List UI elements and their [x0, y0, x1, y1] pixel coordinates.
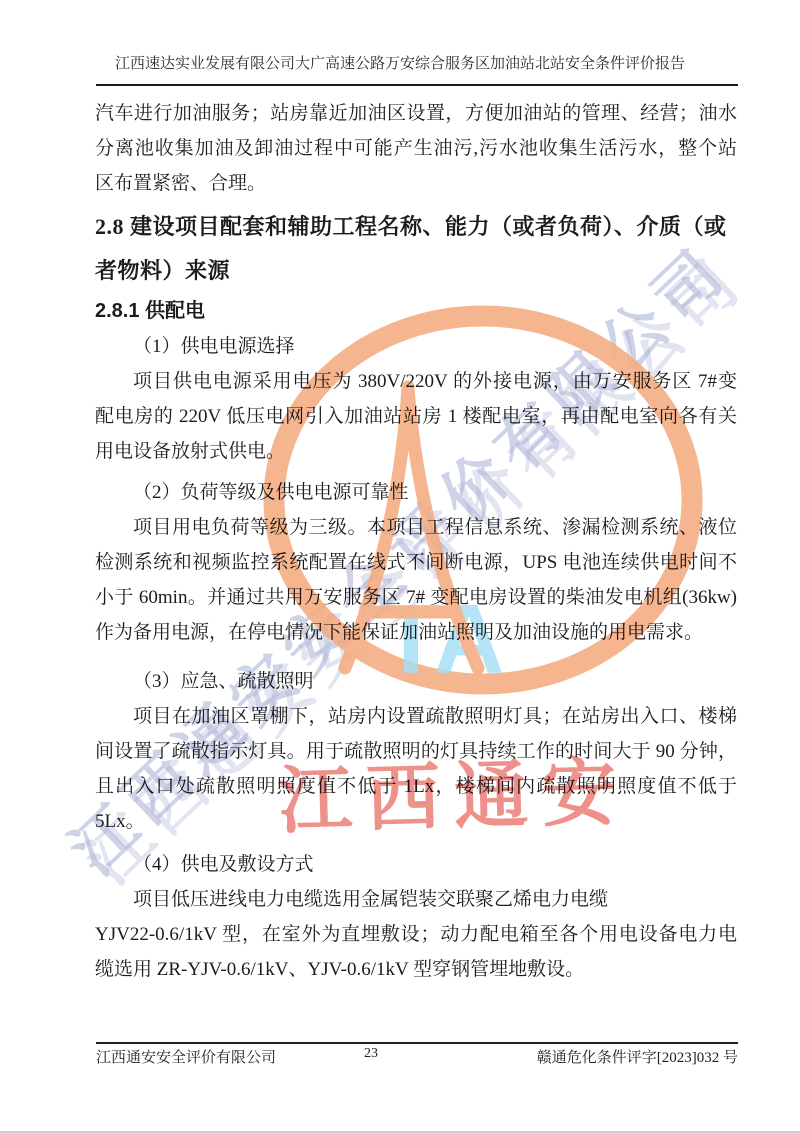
text-line: （3）应急、疏散照明: [95, 664, 737, 699]
text-line: 作为备用电源，在停电情况下能保证加油站照明及加油设施的用电需求。: [95, 615, 737, 650]
page-header-title: 江西速达实业发展有限公司大广高速公路万安综合服务区加油站北站安全条件评价报告: [60, 52, 740, 73]
text-line: 小于 60min。并通过共用万安服务区 7# 变配电房设置的柴油发电机组(36k…: [95, 580, 737, 615]
footer-rule: [96, 1042, 738, 1044]
text-line: 汽车进行加油服务；站房靠近加油区设置，方便加油站的管理、经营；油水: [95, 96, 737, 131]
text-line: 项目用电负荷等级为三级。本项目工程信息系统、渗漏检测系统、液位: [95, 510, 737, 545]
footer-page-number: 23: [364, 1046, 378, 1062]
text-line: YJV22-0.6/1kV 型，在室外为直埋敷设；动力配电箱至各个用电设备电力电: [95, 917, 737, 952]
text-line: 检测系统和视频监控系统配置在线式不间断电源，UPS 电池连续供电时间不: [95, 545, 737, 580]
text-line: 项目低压进线电力电缆选用金属铠装交联聚乙烯电力电缆: [95, 882, 737, 917]
content-area: 汽车进行加油服务；站房靠近加油区设置，方便加油站的管理、经营；油水分离池收集加油…: [95, 96, 737, 987]
text-line: （2）负荷等级及供电电源可靠性: [95, 475, 737, 510]
header-rule: [96, 84, 738, 86]
text-line: 缆选用 ZR-YJV-0.6/1kV、YJV-0.6/1kV 型穿钢管埋地敷设。: [95, 952, 737, 987]
text-line: 项目在加油区罩棚下，站房内设置疏散照明灯具；在站房出入口、楼梯: [95, 699, 737, 734]
paragraph: 项目在加油区罩棚下，站房内设置疏散照明灯具；在站房出入口、楼梯间设置了疏散指示灯…: [95, 699, 737, 839]
item-heading: （3）应急、疏散照明: [95, 664, 737, 699]
item-heading: （2）负荷等级及供电电源可靠性: [95, 475, 737, 510]
paragraph: 汽车进行加油服务；站房靠近加油区设置，方便加油站的管理、经营；油水分离池收集加油…: [95, 96, 737, 201]
text-line: 区布置紧密、合理。: [95, 166, 737, 201]
text-line: 配电房的 220V 低压电网引入加油站站房 1 楼配电室，再由配电室向各有关: [95, 399, 737, 434]
page-footer: 江西通安安全评价有限公司 23 赣通危化条件评字[2023]032 号: [96, 1046, 738, 1067]
footer-company: 江西通安安全评价有限公司: [96, 1046, 410, 1067]
footer-doc-number: 赣通危化条件评字[2023]032 号: [424, 1046, 738, 1067]
text-line: 且出入口处疏散照明照度值不低于 1Lx，楼梯间内疏散照明照度值不低于: [95, 769, 737, 804]
section-heading: 2.8 建设项目配套和辅助工程名称、能力（或者负荷）、介质（或者物料）来源: [95, 205, 737, 293]
text-line: （1）供电电源选择: [95, 329, 737, 364]
text-line: 用电设备放射式供电。: [95, 434, 737, 469]
paragraph: 项目用电负荷等级为三级。本项目工程信息系统、渗漏检测系统、液位检测系统和视频监控…: [95, 510, 737, 650]
item-heading: （1）供电电源选择: [95, 329, 737, 364]
paragraph: 项目供电电源采用电压为 380V/220V 的外接电源，由万安服务区 7#变配电…: [95, 364, 737, 469]
text-line: 分离池收集加油及卸油过程中可能产生油污,污水池收集生活污水，整个站: [95, 131, 737, 166]
text-line: 5Lx。: [95, 804, 737, 839]
text-line: （4）供电及敷设方式: [95, 847, 737, 882]
text-line: 项目供电电源采用电压为 380V/220V 的外接电源，由万安服务区 7#变: [95, 364, 737, 399]
text-line: 2.8 建设项目配套和辅助工程名称、能力（或者负荷）、介质（或: [95, 205, 737, 249]
text-line: 2.8.1 供配电: [95, 293, 737, 329]
document-page: 江西速达实业发展有限公司大广高速公路万安综合服务区加油站北站安全条件评价报告 汽…: [0, 0, 800, 1133]
item-heading: （4）供电及敷设方式: [95, 847, 737, 882]
text-line: 者物料）来源: [95, 249, 737, 293]
subsection-heading: 2.8.1 供配电: [95, 293, 737, 329]
text-line: 间设置了疏散指示灯具。用于疏散照明的灯具持续工作的时间大于 90 分钟，: [95, 734, 737, 769]
paragraph: 项目低压进线电力电缆选用金属铠装交联聚乙烯电力电缆YJV22-0.6/1kV 型…: [95, 882, 737, 987]
